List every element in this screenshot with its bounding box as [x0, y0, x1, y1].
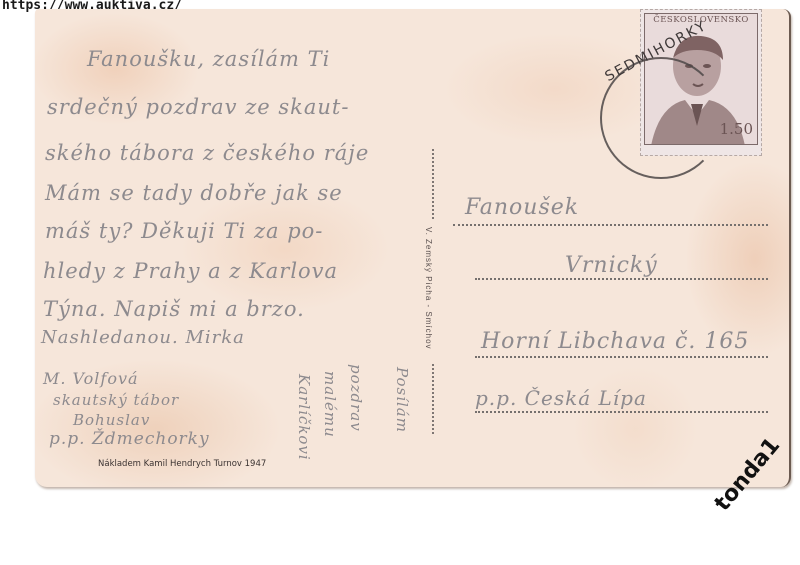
message-line: Mám se tady dobře jak se [45, 181, 343, 205]
message-line: Týna. Napiš mi a brzo. [43, 297, 305, 321]
address-line: Vrnický [565, 253, 658, 278]
address-underline [475, 278, 768, 280]
publisher-imprint: Nákladem Kamil Hendrych Turnov 1947 [98, 459, 266, 469]
sender-line: Bohuslav [73, 411, 150, 429]
sender-line: p.p. Ždmechorky [49, 429, 210, 449]
address-underline [475, 356, 768, 358]
address-underline [453, 224, 768, 226]
message-line: hledy z Prahy a z Karlova [43, 259, 338, 283]
address-line: Fanoušek [465, 195, 579, 220]
side-note-column: malému [321, 371, 339, 438]
message-line: máš ty? Děkuji Ti za po- [45, 219, 323, 243]
sender-line: skautský tábor [53, 391, 179, 409]
message-line: Fanoušku, zasílám Ti [87, 47, 330, 71]
address-line: p.p. Česká Lípa [475, 386, 647, 410]
stamp-value: 1.50 [720, 120, 753, 138]
side-note-column: Posílám [393, 367, 411, 433]
message-line: ského tábora z českého ráje [45, 141, 369, 165]
printer-imprint-vertical: V. Zemský Picha - Smíchov [424, 227, 433, 350]
message-line: Nashledanou. Mirka [41, 327, 245, 348]
divider-dots-top [432, 149, 434, 219]
sender-line: M. Volfová [43, 369, 139, 388]
message-line: srdečný pozdrav ze skaut- [47, 95, 349, 119]
side-note-column: pozdrav [347, 364, 365, 432]
divider-dots-bottom [432, 364, 434, 434]
postcard-back: Fanoušku, zasílám Ti srdečný pozdrav ze … [35, 9, 791, 487]
side-note-column: Karlíčkovi [295, 374, 313, 461]
address-line: Horní Libchava č. 165 [481, 329, 749, 354]
address-underline [475, 411, 768, 413]
